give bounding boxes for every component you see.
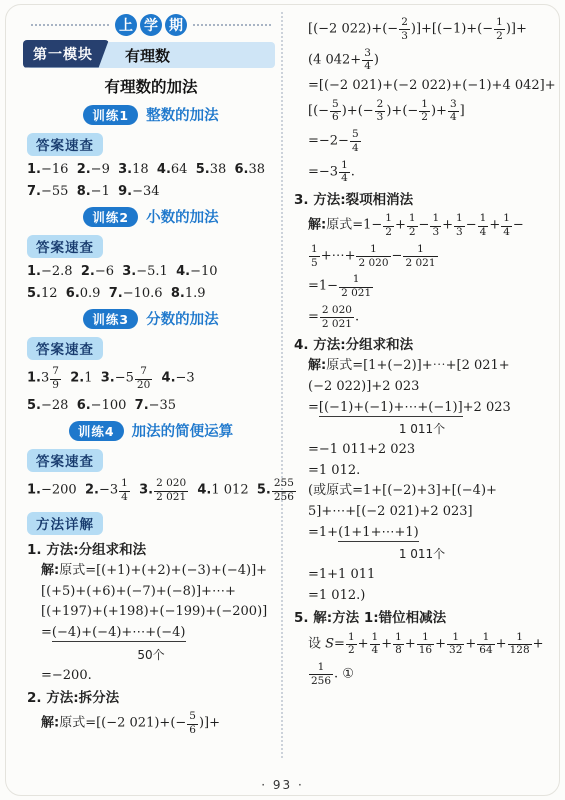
- fraction: 14: [370, 632, 381, 658]
- formula-line: [(−56)+(−23)+(−12)+34]: [294, 99, 550, 125]
- dotted-line: [31, 24, 109, 26]
- formula-line: 解:原式=[(−2 021)+(−56)]+: [27, 711, 275, 737]
- method-heading: 4. 方法:分组求和法: [294, 337, 550, 353]
- fraction: 1128: [508, 632, 532, 658]
- answer-line: 5.12 6.0.9 7.−10.6 8.1.9: [27, 286, 275, 302]
- fraction: 34: [448, 99, 459, 125]
- badge-row: 方法详解: [27, 512, 275, 535]
- formula-line: =−314.: [294, 160, 550, 186]
- fraction: 23: [399, 17, 410, 43]
- fraction: 56: [187, 711, 198, 737]
- formula-line: =−2−54: [294, 129, 550, 155]
- formula-line: 1256. ①: [294, 662, 550, 688]
- formula-line: =−200.: [27, 668, 275, 684]
- training-title: 加法的简便运算: [132, 420, 234, 441]
- training-pill: 训练2: [83, 207, 138, 227]
- answer-line: 1.−200 2.−314 3.2 0202 021 4.1 012 5.255…: [27, 478, 275, 504]
- formula-line: (−2 022)]+2 023: [294, 379, 550, 395]
- training-pill: 训练4: [69, 421, 124, 441]
- formula-line: =[(−2 021)+(−2 022)+(−1)+4 042]+: [294, 78, 550, 94]
- formula-line: [(+5)+(+6)+(−7)+(−8)]+⋯+: [27, 584, 275, 600]
- answer-line: 1.−16 2.−9 3.18 4.64 5.38 6.38: [27, 162, 275, 178]
- fraction: 23: [375, 99, 386, 125]
- formula-line: 解:原式=1−12+12−13+13−14+14−: [294, 213, 550, 239]
- fraction: 12: [407, 213, 418, 239]
- fraction: 13: [454, 213, 465, 239]
- column-divider: [281, 12, 283, 758]
- right-content: [(−2 022)+(−23)]+[(−1)+(−12)]+(4 042+34)…: [294, 17, 550, 688]
- fraction: 1256: [309, 662, 333, 688]
- answer-line: 5.−28 6.−100 7.−35: [27, 398, 275, 414]
- badge-row: 答案速查: [27, 449, 275, 472]
- badge-row: 答案速查: [27, 337, 275, 360]
- label-badge: 答案速查: [27, 235, 103, 258]
- fraction: 79: [50, 366, 61, 392]
- formula-line: [(−2 022)+(−23)]+[(−1)+(−12)]+: [294, 17, 550, 43]
- formula-line: [(+197)+(+198)+(−199)+(−200)]: [27, 604, 275, 620]
- formula-line: =1+(1+1+⋯+1): [294, 525, 550, 541]
- semester-char: 学: [140, 14, 162, 36]
- training-pill: 训练3: [83, 309, 138, 329]
- fraction: 14: [501, 213, 512, 239]
- training-title: 整数的加法: [146, 104, 219, 125]
- fraction: 18: [393, 632, 404, 658]
- method-heading: 1. 方法:分组求和法: [27, 542, 275, 558]
- dotted-line: [193, 24, 271, 26]
- brace-count: 1 011个: [294, 545, 550, 562]
- module-title: 有理数: [125, 45, 170, 66]
- brace-count: 50个: [27, 646, 275, 663]
- fraction: 14: [119, 478, 130, 504]
- method-heading: 2. 方法:拆分法: [27, 690, 275, 706]
- label-badge: 答案速查: [27, 449, 103, 472]
- badge-row: 答案速查: [27, 133, 275, 156]
- underbrace-expression: [(−1)+(−1)+⋯+(−1)]: [319, 400, 463, 417]
- fraction: 12 021: [403, 244, 437, 270]
- page-number: · 93 ·: [0, 778, 565, 792]
- fraction: 12: [494, 17, 505, 43]
- underbrace-expression: (1+1+⋯+1): [338, 525, 419, 542]
- training-pill: 训练1: [83, 105, 138, 125]
- formula-line: =1 012.: [294, 463, 550, 479]
- fraction: 132: [447, 632, 464, 658]
- training-heading: 训练3分数的加法: [27, 308, 275, 329]
- left-content: 训练1整数的加法答案速查1.−16 2.−9 3.18 4.64 5.38 6.…: [27, 104, 275, 737]
- fraction: 15: [309, 244, 320, 270]
- label-badge: 答案速查: [27, 337, 103, 360]
- left-column: 上 学 期 第一模块 有理数 有理数的加法 训练1整数的加法答案速查1.−16 …: [27, 12, 275, 742]
- fraction: 54: [350, 129, 361, 155]
- formula-line: =[(−1)+(−1)+⋯+(−1)]+2 023: [294, 400, 550, 416]
- training-title: 小数的加法: [146, 206, 219, 227]
- training-heading: 训练1整数的加法: [27, 104, 275, 125]
- label-badge: 答案速查: [27, 133, 103, 156]
- badge-row: 答案速查: [27, 235, 275, 258]
- answer-line: 1.−2.8 2.−6 3.−5.1 4.−10: [27, 264, 275, 280]
- fraction: 255256: [272, 478, 296, 504]
- module-badge: 第一模块: [23, 40, 109, 68]
- formula-line: =−1 011+2 023: [294, 442, 550, 458]
- fraction: 12: [419, 99, 430, 125]
- label-badge: 方法详解: [27, 512, 103, 535]
- brace-count: 1 011个: [294, 420, 550, 437]
- fraction: 12: [383, 213, 394, 239]
- module-banner: 第一模块 有理数: [27, 42, 275, 68]
- formula-line: 解:原式=[(+1)+(+2)+(−3)+(−4)]+: [27, 563, 275, 579]
- fraction: 2 0202 021: [154, 478, 188, 504]
- fraction: 12 020: [356, 244, 390, 270]
- fraction: 14: [478, 213, 489, 239]
- fraction: 720: [135, 366, 152, 392]
- semester-char: 期: [165, 14, 187, 36]
- fraction: 34: [362, 48, 373, 74]
- formula-line: =1−12 021: [294, 274, 550, 300]
- formula-line: =1 012.): [294, 588, 550, 604]
- workbook-page: 上 学 期 第一模块 有理数 有理数的加法 训练1整数的加法答案速查1.−16 …: [0, 0, 565, 800]
- formula-line: =2 0202 021.: [294, 305, 550, 331]
- formula-line: 15+⋯+12 020−12 021: [294, 244, 550, 270]
- fraction: 56: [330, 99, 341, 125]
- fraction: 12: [346, 632, 357, 658]
- formula-line: (或原式=1+[(−2)+3]+[(−4)+: [294, 483, 550, 499]
- semester-title: 上 学 期: [115, 14, 187, 36]
- underbrace-expression: (−4)+(−4)+⋯+(−4): [52, 625, 186, 642]
- semester-header: 上 学 期: [27, 14, 275, 36]
- training-heading: 训练4加法的简便运算: [27, 420, 275, 441]
- formula-line: (4 042+34): [294, 48, 550, 74]
- formula-line: 设 S=12+14+18+116+132+164+1128+: [294, 632, 550, 658]
- semester-char: 上: [115, 14, 137, 36]
- fraction: 12 021: [339, 274, 373, 300]
- training-heading: 训练2小数的加法: [27, 206, 275, 227]
- method-heading: 3. 方法:裂项相消法: [294, 192, 550, 208]
- right-column: [(−2 022)+(−23)]+[(−1)+(−12)]+(4 042+34)…: [294, 12, 550, 693]
- fraction: 116: [417, 632, 434, 658]
- answer-line: 1.379 2.1 3.−5720 4.−3: [27, 366, 275, 392]
- formula-line: 解:原式=[1+(−2)]+⋯+[2 021+: [294, 358, 550, 374]
- fraction: 2 0202 021: [320, 305, 354, 331]
- section-title: 有理数的加法: [27, 75, 275, 97]
- answer-line: 7.−55 8.−1 9.−34: [27, 184, 275, 200]
- formula-line: 5]+⋯+[(−2 021)+2 023]: [294, 504, 550, 520]
- formula-line: =(−4)+(−4)+⋯+(−4): [27, 625, 275, 641]
- method-heading: 5. 解:方法 1:错位相减法: [294, 610, 550, 626]
- formula-line: =1+1 011: [294, 567, 550, 583]
- training-title: 分数的加法: [146, 308, 219, 329]
- fraction: 14: [339, 160, 350, 186]
- fraction: 13: [430, 213, 441, 239]
- fraction: 164: [477, 632, 494, 658]
